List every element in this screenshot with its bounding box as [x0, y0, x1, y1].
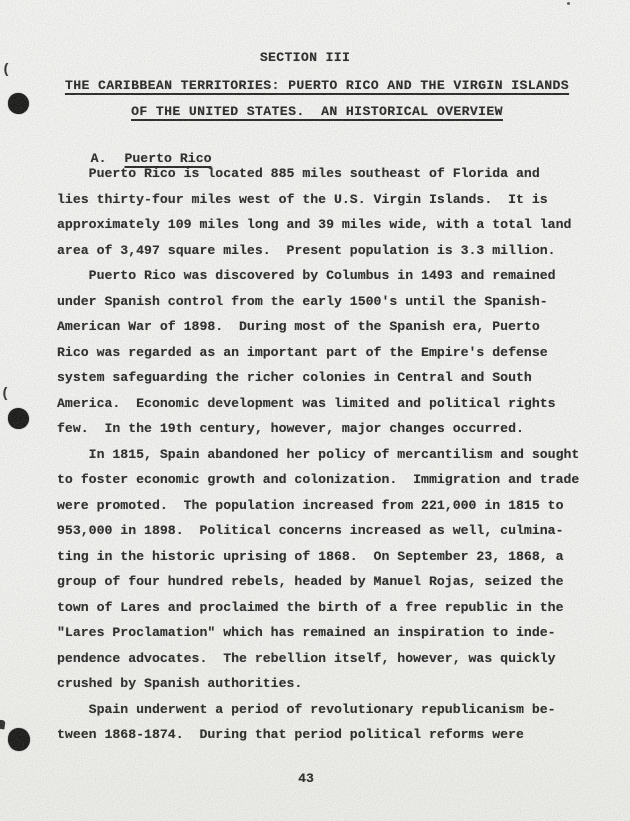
body-text-line: area of 3,497 square miles. Present popu…: [57, 238, 597, 264]
body-text-line: to foster economic growth and colonizati…: [57, 467, 597, 493]
body-text-line: few. In the 19th century, however, major…: [57, 416, 597, 442]
stray-paren-mark: (: [1, 386, 9, 402]
stray-paren-mark: (: [2, 62, 10, 78]
scanned-document-page: SECTION III THE CARIBBEAN TERRITORIES: P…: [0, 0, 630, 821]
body-text-line: America. Economic development was limite…: [57, 391, 597, 417]
stray-edge-mark: [0, 719, 6, 729]
body-text-line: In 1815, Spain abandoned her policy of m…: [57, 442, 597, 468]
body-text-line: town of Lares and proclaimed the birth o…: [57, 595, 597, 621]
body-text-line: group of four hundred rebels, headed by …: [57, 569, 597, 595]
body-text-line: under Spanish control from the early 150…: [57, 289, 597, 315]
body-text-line: Puerto Rico was discovered by Columbus i…: [57, 263, 597, 289]
body-text-line: crushed by Spanish authorities.: [57, 671, 597, 697]
hole-punch-mark-icon: [8, 728, 30, 751]
body-text: Puerto Rico is located 885 miles southea…: [57, 161, 597, 748]
body-text-line: Spain underwent a period of revolutionar…: [57, 697, 597, 723]
section-heading: SECTION III: [0, 50, 610, 65]
body-text-line: system safeguarding the richer colonies …: [57, 365, 597, 391]
body-text-line: tween 1868-1874. During that period poli…: [57, 722, 597, 748]
body-text-line: lies thirty-four miles west of the U.S. …: [57, 187, 597, 213]
document-title-line: THE CARIBBEAN TERRITORIES: PUERTO RICO A…: [0, 73, 630, 99]
document-title-line: OF THE UNITED STATES. AN HISTORICAL OVER…: [0, 99, 630, 125]
body-text-line: approximately 109 miles long and 39 mile…: [57, 212, 597, 238]
body-text-line: "Lares Proclamation" which has remained …: [57, 620, 597, 646]
body-text-line: 953,000 in 1898. Political concerns incr…: [57, 518, 597, 544]
page-number: 43: [0, 771, 612, 786]
body-text-line: Puerto Rico is located 885 miles southea…: [57, 161, 597, 187]
document-title: THE CARIBBEAN TERRITORIES: PUERTO RICO A…: [0, 73, 630, 124]
body-text-line: were promoted. The population increased …: [57, 493, 597, 519]
hole-punch-mark-icon: [7, 407, 29, 429]
body-text-line: American War of 1898. During most of the…: [57, 314, 597, 340]
body-text-line: ting in the historic uprising of 1868. O…: [57, 544, 597, 570]
body-text-line: Rico was regarded as an important part o…: [57, 340, 597, 366]
scan-speck-mark: [567, 2, 570, 5]
body-text-line: pendence advocates. The rebellion itself…: [57, 646, 597, 672]
